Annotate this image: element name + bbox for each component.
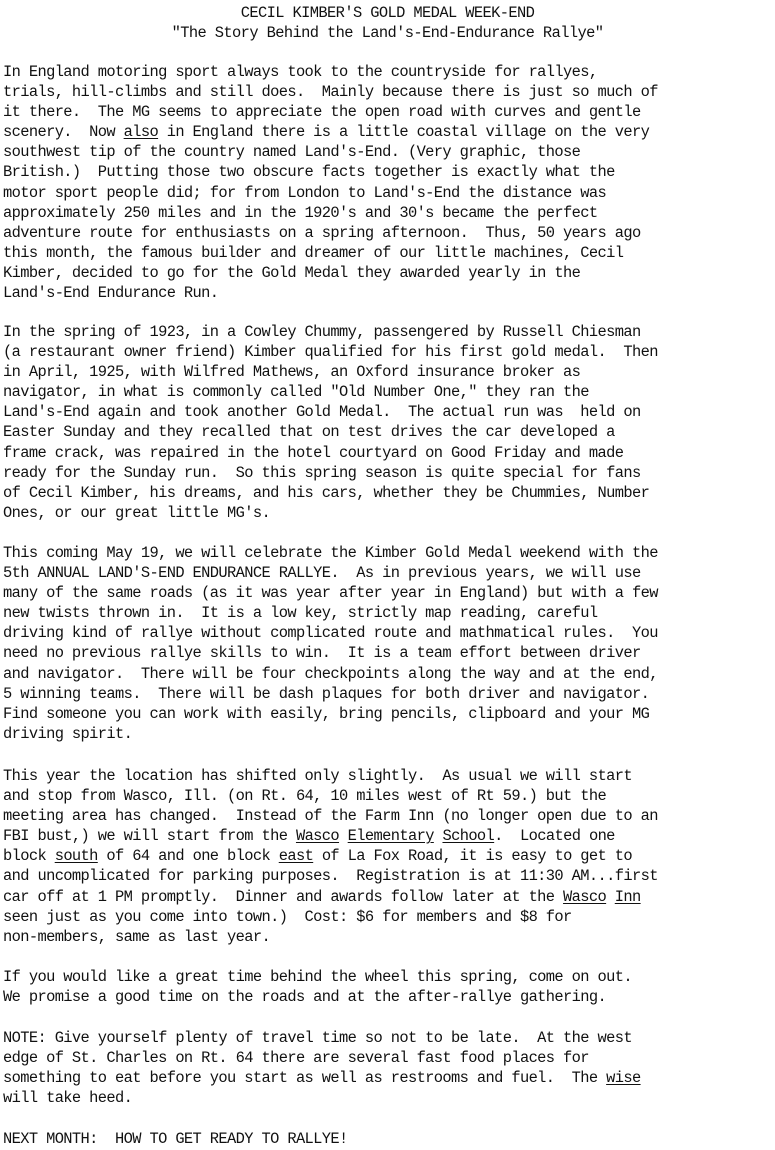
- paragraph-invitation: If you would like a great time behind th…: [3, 967, 632, 1007]
- text-line: In the spring of 1923, in a Cowley Chumm…: [3, 322, 658, 342]
- paragraph-note: NOTE: Give yourself plenty of travel tim…: [3, 1028, 641, 1108]
- underlined-text: south: [55, 847, 98, 865]
- text-line: driving spirit.: [3, 724, 658, 744]
- text-line: motor sport people did; for from London …: [3, 183, 658, 203]
- text-span: FBI bust,) we will start from the: [3, 827, 296, 845]
- text-line: car off at 1 PM promptly. Dinner and awa…: [3, 887, 658, 907]
- text-line: block south of 64 and one block east of …: [3, 846, 658, 866]
- underlined-text: Inn: [615, 888, 641, 906]
- text-span: frame crack, was repaired in the hotel c…: [3, 444, 623, 462]
- paragraph-history: In the spring of 1923, in a Cowley Chumm…: [3, 322, 658, 523]
- text-span: of 64 and one block: [98, 847, 279, 865]
- text-span: In England motoring sport always took to…: [3, 63, 598, 81]
- text-span: this month, the famous builder and dream…: [3, 244, 623, 262]
- paragraph-intro: In England motoring sport always took to…: [3, 62, 658, 303]
- text-line: If you would like a great time behind th…: [3, 967, 632, 987]
- text-span: Ones, or our great little MG's.: [3, 504, 270, 522]
- text-line: and navigator. There will be four checkp…: [3, 664, 658, 684]
- document-heading: CECIL KIMBER'S GOLD MEDAL WEEK-END: [0, 3, 775, 23]
- text-line: will take heed.: [3, 1088, 641, 1108]
- text-line: British.) Putting those two obscure fact…: [3, 162, 658, 182]
- text-line: trials, hill-climbs and still does. Main…: [3, 82, 658, 102]
- text-span: motor sport people did; for from London …: [3, 184, 606, 202]
- text-line: and uncomplicated for parking purposes. …: [3, 866, 658, 886]
- text-span: will take heed.: [3, 1089, 132, 1107]
- text-line: edge of St. Charles on Rt. 64 there are …: [3, 1048, 641, 1068]
- text-span: Easter Sunday and they recalled that on …: [3, 423, 615, 441]
- text-span: and navigator. There will be four checkp…: [3, 665, 658, 683]
- underlined-text: School: [442, 827, 494, 845]
- text-span: In the spring of 1923, in a Cowley Chumm…: [3, 323, 641, 341]
- text-span: Land's-End Endurance Run.: [3, 284, 218, 302]
- underlined-text: east: [279, 847, 313, 865]
- text-span: . Located one: [494, 827, 615, 845]
- text-span: This year the location has shifted only …: [3, 767, 632, 785]
- text-span: navigator, in what is commonly called "O…: [3, 383, 589, 401]
- text-span: If you would like a great time behind th…: [3, 968, 632, 986]
- paragraph-location: This year the location has shifted only …: [3, 766, 658, 947]
- text-span: We promise a good time on the roads and …: [3, 988, 606, 1006]
- text-line: NEXT MONTH: HOW TO GET READY TO RALLYE!: [3, 1129, 348, 1149]
- text-line: need no previous rallye skills to win. I…: [3, 643, 658, 663]
- text-span: non-members, same as last year.: [3, 928, 270, 946]
- paragraph-next-month: NEXT MONTH: HOW TO GET READY TO RALLYE!: [3, 1129, 348, 1149]
- text-line: 5 winning teams. There will be dash plaq…: [3, 684, 658, 704]
- text-span: Land's-End again and took another Gold M…: [3, 403, 641, 421]
- underlined-text: Elementary: [348, 827, 434, 845]
- text-span: NOTE: Give yourself plenty of travel tim…: [3, 1029, 632, 1047]
- text-line: navigator, in what is commonly called "O…: [3, 382, 658, 402]
- text-line: this month, the famous builder and dream…: [3, 243, 658, 263]
- text-span: driving spirit.: [3, 725, 132, 743]
- text-span: adventure route for enthusiasts on a spr…: [3, 224, 641, 242]
- text-span: many of the same roads (as it was year a…: [3, 584, 658, 602]
- text-line: seen just as you come into town.) Cost: …: [3, 907, 658, 927]
- text-span: and stop from Wasco, Ill. (on Rt. 64, 10…: [3, 787, 606, 805]
- document-title-block: CECIL KIMBER'S GOLD MEDAL WEEK-END "The …: [0, 3, 775, 43]
- underlined-text: Wasco: [296, 827, 339, 845]
- text-span: in April, 1925, with Wilfred Mathews, an…: [3, 363, 580, 381]
- text-line: adventure route for enthusiasts on a spr…: [3, 223, 658, 243]
- text-span: of Cecil Kimber, his dreams, and his car…: [3, 484, 649, 502]
- text-span: of La Fox Road, it is easy to get to: [313, 847, 632, 865]
- text-line: meeting area has changed. Instead of the…: [3, 806, 658, 826]
- text-span: NEXT MONTH: HOW TO GET READY TO RALLYE!: [3, 1130, 348, 1148]
- text-span: meeting area has changed. Instead of the…: [3, 807, 658, 825]
- text-line: This year the location has shifted only …: [3, 766, 658, 786]
- text-line: something to eat before you start as wel…: [3, 1068, 641, 1088]
- text-span: trials, hill-climbs and still does. Main…: [3, 83, 658, 101]
- text-line: Find someone you can work with easily, b…: [3, 704, 658, 724]
- text-span: in England there is a little coastal vil…: [158, 123, 649, 141]
- text-span: edge of St. Charles on Rt. 64 there are …: [3, 1049, 589, 1067]
- text-line: Land's-End Endurance Run.: [3, 283, 658, 303]
- text-line: southwest tip of the country named Land'…: [3, 142, 658, 162]
- text-line: 5th ANNUAL LAND'S-END ENDURANCE RALLYE. …: [3, 563, 658, 583]
- text-line: Land's-End again and took another Gold M…: [3, 402, 658, 422]
- text-span: Kimber, decided to go for the Gold Medal…: [3, 264, 580, 282]
- text-span: (a restaurant owner friend) Kimber quali…: [3, 343, 658, 361]
- text-line: We promise a good time on the roads and …: [3, 987, 632, 1007]
- underlined-text: wise: [606, 1069, 640, 1087]
- text-line: frame crack, was repaired in the hotel c…: [3, 443, 658, 463]
- text-span: and uncomplicated for parking purposes. …: [3, 867, 658, 885]
- text-span: Find someone you can work with easily, b…: [3, 705, 649, 723]
- text-line: non-members, same as last year.: [3, 927, 658, 947]
- text-span: need no previous rallye skills to win. I…: [3, 644, 641, 662]
- text-line: FBI bust,) we will start from the Wasco …: [3, 826, 658, 846]
- text-span: British.) Putting those two obscure fact…: [3, 163, 615, 181]
- text-span: new twists thrown in. It is a low key, s…: [3, 604, 598, 622]
- text-line: In England motoring sport always took to…: [3, 62, 658, 82]
- text-line: Kimber, decided to go for the Gold Medal…: [3, 263, 658, 283]
- text-span: car off at 1 PM promptly. Dinner and awa…: [3, 888, 563, 906]
- underlined-text: also: [124, 123, 158, 141]
- paragraph-rallye-announcement: This coming May 19, we will celebrate th…: [3, 543, 658, 744]
- text-span: ready for the Sunday run. So this spring…: [3, 464, 641, 482]
- text-span: approximately 250 miles and in the 1920'…: [3, 204, 598, 222]
- text-span: [339, 827, 348, 845]
- text-line: driving kind of rallye without complicat…: [3, 623, 658, 643]
- text-line: in April, 1925, with Wilfred Mathews, an…: [3, 362, 658, 382]
- text-span: southwest tip of the country named Land'…: [3, 143, 580, 161]
- text-span: seen just as you come into town.) Cost: …: [3, 908, 572, 926]
- text-span: driving kind of rallye without complicat…: [3, 624, 658, 642]
- text-line: ready for the Sunday run. So this spring…: [3, 463, 658, 483]
- text-span: 5th ANNUAL LAND'S-END ENDURANCE RALLYE. …: [3, 564, 641, 582]
- text-line: Ones, or our great little MG's.: [3, 503, 658, 523]
- text-span: [606, 888, 615, 906]
- text-line: it there. The MG seems to appreciate the…: [3, 102, 658, 122]
- text-span: it there. The MG seems to appreciate the…: [3, 103, 641, 121]
- underlined-text: Wasco: [563, 888, 606, 906]
- text-line: of Cecil Kimber, his dreams, and his car…: [3, 483, 658, 503]
- document-subtitle: "The Story Behind the Land's-End-Enduran…: [0, 23, 775, 43]
- text-line: NOTE: Give yourself plenty of travel tim…: [3, 1028, 641, 1048]
- text-line: approximately 250 miles and in the 1920'…: [3, 203, 658, 223]
- text-line: new twists thrown in. It is a low key, s…: [3, 603, 658, 623]
- text-span: 5 winning teams. There will be dash plaq…: [3, 685, 649, 703]
- text-line: This coming May 19, we will celebrate th…: [3, 543, 658, 563]
- text-line: scenery. Now also in England there is a …: [3, 122, 658, 142]
- text-line: many of the same roads (as it was year a…: [3, 583, 658, 603]
- text-span: something to eat before you start as wel…: [3, 1069, 606, 1087]
- text-line: and stop from Wasco, Ill. (on Rt. 64, 10…: [3, 786, 658, 806]
- text-line: (a restaurant owner friend) Kimber quali…: [3, 342, 658, 362]
- text-span: scenery. Now: [3, 123, 124, 141]
- text-span: This coming May 19, we will celebrate th…: [3, 544, 658, 562]
- text-line: Easter Sunday and they recalled that on …: [3, 422, 658, 442]
- text-span: block: [3, 847, 55, 865]
